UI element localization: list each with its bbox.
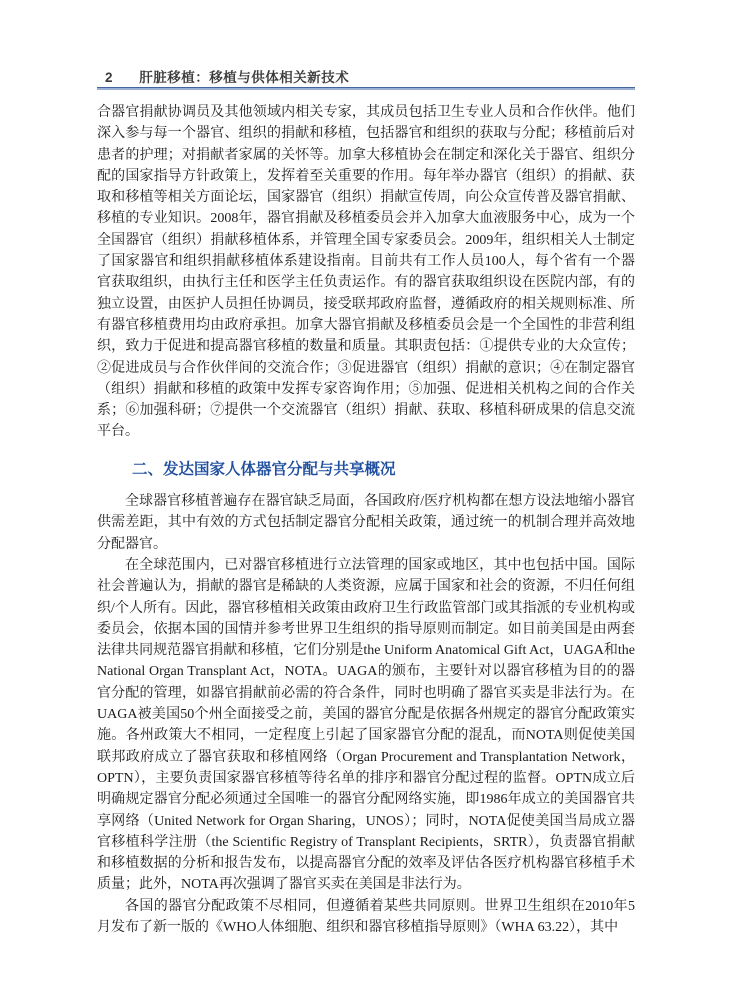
header-rule: [97, 87, 635, 90]
paragraph-canada-donation-system: 合器官捐献协调员及其他领域内相关专家，其成员包括卫生专业人员和合作伙伴。他们深入…: [97, 102, 635, 443]
page-body: 合器官捐献协调员及其他领域内相关专家，其成员包括卫生专业人员和合作伙伴。他们深入…: [97, 102, 635, 938]
paragraph-who-principles: 各国的器官分配政策不尽相同，但遵循着某些共同原则。世界卫生组织在2010年5月发…: [97, 896, 635, 939]
section-heading-organ-allocation: 二、发达国家人体器官分配与共享概况: [97, 459, 635, 480]
page-number: 2: [105, 70, 113, 85]
page-header: 2 肝脏移植：移植与供体相关新技术: [97, 66, 635, 86]
paragraph-us-legislation: 在全球范围内，已对器官移植进行立法管理的国家或地区，其中也包括中国。国际社会普遍…: [97, 555, 635, 896]
paragraph-global-organ-shortage: 全球器官移植普遍存在器官缺乏局面，各国政府/医疗机构都在想方设法地缩小器官供需差…: [97, 491, 635, 555]
book-page: 2 肝脏移植：移植与供体相关新技术 合器官捐献协调员及其他领域内相关专家，其成员…: [0, 0, 729, 1005]
running-title: 肝脏移植：移植与供体相关新技术: [139, 70, 349, 85]
